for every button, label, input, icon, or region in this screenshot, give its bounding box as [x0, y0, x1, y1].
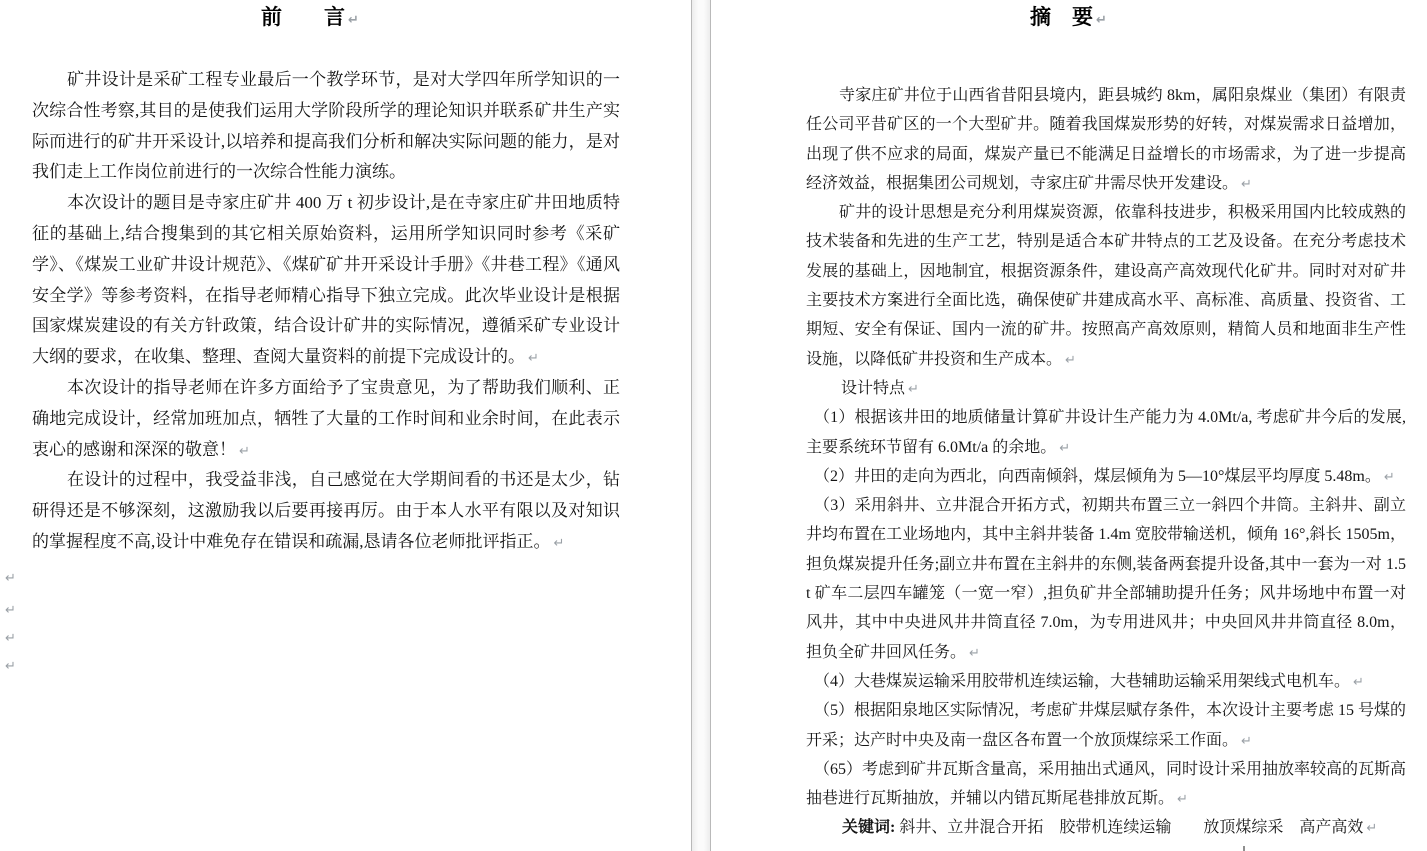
paragraph-text: （2）井田的走向为西北，向西南倾斜，煤层倾角为 5—10°煤层平均厚度 5.48…	[814, 468, 1381, 485]
paragraph-text: 本次设计的题目是寺家庄矿井 400 万 t 初步设计,是在寺家庄矿井田地质特征的…	[32, 193, 620, 366]
page-title[interactable]: 摘 要↵	[721, 5, 1416, 29]
paragraph-mark-icon: ↵	[1093, 13, 1107, 28]
paragraph-mark-icon: ↵	[1238, 177, 1252, 192]
keywords-label: 关键词:	[842, 819, 895, 836]
page-preface: 前 言↵ 矿井设计是采矿工程专业最后一个教学环节，是对大学四年所学知识的一次综合…	[0, 0, 692, 851]
paragraph[interactable]: 寺家庄矿井位于山西省昔阳县境内，距县城约 8km，属阳泉煤业（集团）有限责任公司…	[806, 81, 1406, 198]
paragraph[interactable]: （4）大巷煤炭运输采用胶带机连续运输，大巷辅助运输采用架线式电机车。↵	[806, 667, 1406, 696]
paragraph-mark-icon: ↵	[1056, 441, 1070, 456]
keywords-text: 斜井、立井混合开拓 胶带机连续运输 放顶煤综采 高产高效	[895, 819, 1363, 836]
paragraph[interactable]: 本次设计的指导老师在许多方面给予了宝贵意见，为了帮助我们顺利、正确地完成设计，经…	[32, 373, 620, 465]
paragraph[interactable]: （2）井田的走向为西北，向西南倾斜，煤层倾角为 5—10°煤层平均厚度 5.48…	[806, 462, 1406, 491]
paragraph-mark-icon: ↵	[1174, 792, 1188, 807]
paragraph[interactable]: 设计特点↵	[806, 374, 1406, 403]
empty-paragraph-mark: ↵	[5, 631, 16, 646]
abstract-body: 寺家庄矿井位于山西省昔阳县境内，距县城约 8km，属阳泉煤业（集团）有限责任公司…	[806, 81, 1406, 843]
document-workspace: 前 言↵ 矿井设计是采矿工程专业最后一个教学环节，是对大学四年所学知识的一次综合…	[0, 0, 1427, 851]
empty-paragraph-mark: ↵	[5, 571, 16, 586]
paragraph-mark-icon: ↵	[1238, 734, 1252, 749]
paragraph[interactable]: （5）根据阳泉地区实际情况，考虑矿井煤层赋存条件，本次设计主要考虑 15 号煤的…	[806, 696, 1406, 755]
page-abstract: 摘 要↵ 寺家庄矿井位于山西省昔阳县境内，距县城约 8km，属阳泉煤业（集团）有…	[710, 0, 1427, 851]
paragraph-text: （3）采用斜井、立井混合开拓方式，初期共布置三立一斜四个井筒。主斜井、副立井均布…	[806, 497, 1406, 660]
page-title-text: 摘 要	[1030, 5, 1093, 29]
paragraph[interactable]: 矿井设计是采矿工程专业最后一个教学环节，是对大学四年所学知识的一次综合性考察,其…	[32, 65, 620, 188]
page-title[interactable]: 前 言↵	[0, 5, 620, 29]
empty-paragraph-mark: ↵	[5, 603, 16, 618]
page-gutter-divider	[692, 0, 710, 851]
paragraph-text: （5）根据阳泉地区实际情况，考虑矿井煤层赋存条件，本次设计主要考虑 15 号煤的…	[806, 702, 1406, 748]
paragraph-mark-icon: ↵	[551, 536, 565, 551]
paragraph-text: （4）大巷煤炭运输采用胶带机连续运输，大巷辅助运输采用架线式电机车。	[814, 673, 1350, 690]
paragraph[interactable]: （1）根据该井田的地质储量计算矿井设计生产能力为 4.0Mt/a, 考虑矿井今后…	[806, 403, 1406, 462]
paragraph-mark-icon: ↵	[1381, 470, 1395, 485]
page-title-text: 前 言	[261, 5, 345, 29]
paragraph[interactable]: （3）采用斜井、立井混合开拓方式，初期共布置三立一斜四个井筒。主斜井、副立井均布…	[806, 491, 1406, 667]
next-page-peek-mark	[1243, 846, 1245, 851]
keywords-paragraph[interactable]: 关键词: 斜井、立井混合开拓 胶带机连续运输 放顶煤综采 高产高效↵	[806, 813, 1406, 842]
empty-paragraph-mark: ↵	[5, 659, 16, 674]
paragraph[interactable]: 本次设计的题目是寺家庄矿井 400 万 t 初步设计,是在寺家庄矿井田地质特征的…	[32, 188, 620, 373]
paragraph-text: 设计特点	[841, 380, 905, 397]
paragraph-text: 矿井的设计思想是充分利用煤炭资源，依靠科技进步，积极采用国内比较成熟的技术装备和…	[806, 204, 1406, 367]
paragraph-mark-icon: ↵	[525, 351, 539, 366]
paragraph-text: 本次设计的指导老师在许多方面给予了宝贵意见，为了帮助我们顺利、正确地完成设计，经…	[32, 378, 620, 459]
preface-body: 矿井设计是采矿工程专业最后一个教学环节，是对大学四年所学知识的一次综合性考察,其…	[32, 65, 620, 558]
paragraph-mark-icon: ↵	[1363, 821, 1377, 836]
paragraph-mark-icon: ↵	[1062, 353, 1076, 368]
paragraph-mark-icon: ↵	[345, 13, 359, 28]
paragraph-text: 寺家庄矿井位于山西省昔阳县境内，距县城约 8km，属阳泉煤业（集团）有限责任公司…	[806, 87, 1406, 192]
paragraph-text: （65）考虑到矿井瓦斯含量高，采用抽出式通风，同时设计采用抽放率较高的瓦斯高抽巷…	[806, 761, 1406, 807]
paragraph-mark-icon: ↵	[1350, 675, 1364, 690]
paragraph-text: （1）根据该井田的地质储量计算矿井设计生产能力为 4.0Mt/a, 考虑矿井今后…	[806, 409, 1406, 455]
paragraph-mark-icon: ↵	[905, 382, 919, 397]
paragraph[interactable]: （65）考虑到矿井瓦斯含量高，采用抽出式通风，同时设计采用抽放率较高的瓦斯高抽巷…	[806, 755, 1406, 814]
paragraph-mark-icon: ↵	[236, 444, 250, 459]
paragraph[interactable]: 在设计的过程中，我受益非浅，自己感觉在大学期间看的书还是太少，钻研得还是不够深刻…	[32, 465, 620, 557]
paragraph-mark-icon: ↵	[966, 646, 980, 661]
paragraph-text: 矿井设计是采矿工程专业最后一个教学环节，是对大学四年所学知识的一次综合性考察,其…	[32, 70, 620, 181]
paragraph-text: 在设计的过程中，我受益非浅，自己感觉在大学期间看的书还是太少，钻研得还是不够深刻…	[32, 470, 620, 551]
paragraph[interactable]: 矿井的设计思想是充分利用煤炭资源，依靠科技进步，积极采用国内比较成熟的技术装备和…	[806, 198, 1406, 374]
